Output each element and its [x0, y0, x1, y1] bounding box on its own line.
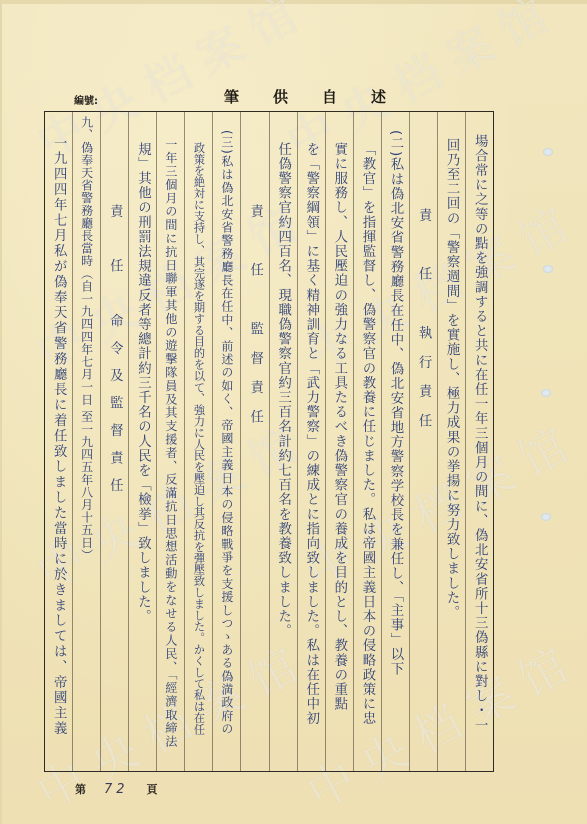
punch-hole	[543, 148, 553, 156]
serial-number-label: 編號:	[74, 92, 98, 107]
text-column: 責 任 命令及監督責任	[100, 112, 128, 771]
handwritten-line: を「警察綱領」に基く精神訓育と「武力警察」の練成とに指向致しました。私は在任中初	[304, 142, 317, 726]
handwritten-line: (三)私は偽北安省警務廳長在任中、前述の如く、帝國主義日本の侵略戰爭を支援しつゝ…	[221, 130, 233, 736]
text-column: 「教官」を指揮監督し、偽警察官の教養に任じました。私は帝國主義日本の侵略政策に忠	[353, 112, 381, 771]
paper-edge	[2, 0, 587, 4]
text-column: 一年三個月の間に抗日聯軍其他の遊撃隊員及其支援者、反滿抗日思想活動をなせる人民、…	[156, 112, 184, 771]
handwritten-line: 場合常に之等の點を強調すると共に在任一年三個月の間に、偽北安省所十三偽縣に對し・…	[473, 134, 486, 733]
responsibility-line: 責 任 監督責任	[248, 204, 261, 439]
title-char: 供	[273, 86, 288, 107]
text-column: 責 任 監督責任	[240, 112, 268, 771]
handwritten-line: 「教官」を指揮監督し、偽警察官の教養に任じました。私は帝國主義日本の侵略政策に忠	[361, 142, 374, 726]
form-title: 筆 供 自 述	[224, 86, 386, 107]
responsibility-line: 責 任 命令及監督責任	[108, 204, 121, 505]
text-column: 九、偽奉天省警務廳長當時（自一九四四年七月一日 至一九四五年八月十五日）	[72, 112, 100, 771]
text-column: 一九四四年七月私が偽奉天省警務廳長に着任致しました當時に於きましては、帝國主義	[45, 112, 72, 771]
title-char: 自	[322, 86, 337, 107]
handwritten-line: (二)私は偽北安省警務廳長在任中、偽北安省地方警察学校長を兼任し、「主事」以下	[389, 130, 402, 676]
text-column: (三)私は偽北安省警務廳長在任中、前述の如く、帝國主義日本の侵略戰爭を支援しつゝ…	[212, 112, 240, 771]
title-char: 述	[371, 86, 386, 107]
handwritten-line: 規」其他の刑罰法規違反者等總計約三千名の人民を「檢挙」致しました。	[136, 142, 149, 624]
punch-hole	[543, 265, 553, 273]
title-char: 筆	[224, 86, 239, 107]
handwritten-line: 實に服務し、人民壓迫の強力なる工具たるべき偽警察官の養成を目的とし、教養の重點	[332, 142, 345, 711]
handwritten-line: 回乃至二回の「警察週間」を實施し、極力成果の挙揚に努力致しました。	[445, 138, 458, 620]
text-column: 場合常に之等の點を強調すると共に在任一年三個月の間に、偽北安省所十三偽縣に對し・…	[465, 112, 493, 771]
handwritten-line: 任偽警察官約四百名、現職偽警察官約三百名計約七百名を教養致しました。	[276, 142, 289, 638]
text-column: 政策を絶対に支持し、其完遂を期する目的を以て、強力に人民を壓迫し其反抗を彈壓致し…	[184, 112, 212, 771]
handwritten-line: 一年三個月の間に抗日聯軍其他の遊撃隊員及其支援者、反滿抗日思想活動をなせる人民、…	[165, 138, 177, 748]
page-suffix: 頁	[147, 781, 158, 797]
punch-hole	[541, 513, 551, 521]
text-column: 回乃至二回の「警察週間」を實施し、極力成果の挙揚に努力致しました。	[437, 112, 465, 771]
text-column: 責 任 執行責任	[409, 112, 437, 771]
handwritten-line: 一九四四年七月私が偽奉天省警務廳長に着任致しました當時に於きましては、帝國主義	[52, 136, 65, 737]
manuscript-grid: 場合常に之等の點を強調すると共に在任一年三個月の間に、偽北安省所十三偽縣に對し・…	[44, 111, 494, 772]
text-column: を「警察綱領」に基く精神訓育と「武力警察」の練成とに指向致しました。私は在任中初	[297, 112, 325, 771]
text-column: (二)私は偽北安省警務廳長在任中、偽北安省地方警察学校長を兼任し、「主事」以下	[381, 112, 409, 771]
text-column: 任偽警察官約四百名、現職偽警察官約三百名計約七百名を教養致しました。	[269, 112, 297, 771]
document-page: 中央档案馆 中央档案馆 中央档案馆 中央档案馆 中央档案馆 中央档案馆 中央档案…	[0, 0, 587, 824]
responsibility-line: 責 任 執行責任	[417, 208, 430, 443]
text-column: 規」其他の刑罰法規違反者等總計約三千名の人民を「檢挙」致しました。	[128, 112, 156, 771]
page-prefix: 第	[75, 781, 86, 797]
section-heading-line: 九、偽奉天省警務廳長當時（自一九四四年七月一日 至一九四五年八月十五日）	[81, 116, 93, 561]
page-number: 第 72 頁	[75, 781, 158, 797]
text-column: 實に服務し、人民壓迫の強力なる工具たるべき偽警察官の養成を目的とし、教養の重點	[325, 112, 353, 771]
page-number-value: 72	[104, 782, 129, 797]
handwritten-line: 政策を絶対に支持し、其完遂を期する目的を以て、強力に人民を壓迫し其反抗を彈壓致し…	[193, 142, 204, 735]
punch-hole	[541, 389, 551, 397]
